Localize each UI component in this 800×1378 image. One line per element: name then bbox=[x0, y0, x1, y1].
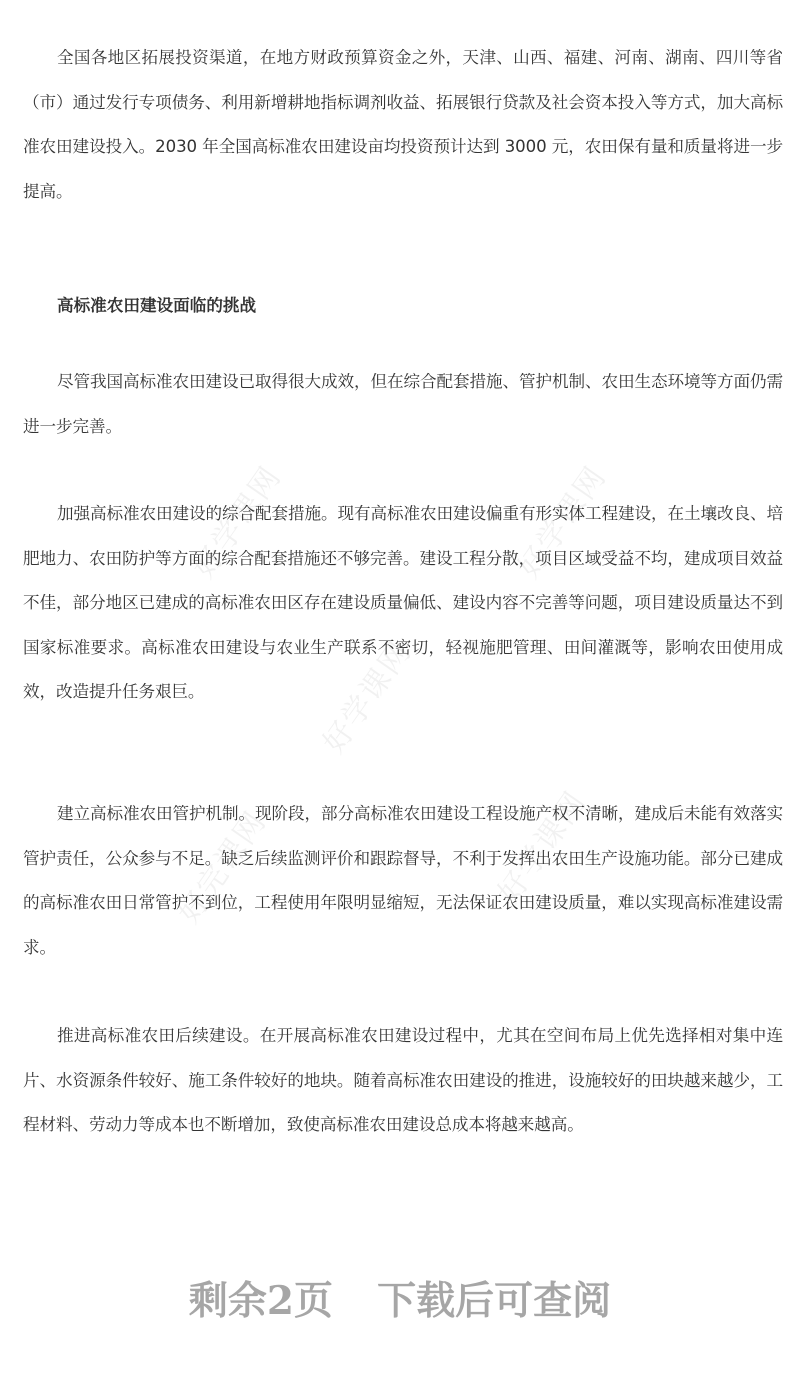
remaining-pages-banner[interactable]: 剩余2页下载后可查阅 bbox=[0, 1270, 800, 1326]
document-page: 好学课网 好学课网 好学课网 好完课网 好学课网 全国各地区拓展投资渠道，在地方… bbox=[0, 0, 800, 1378]
section-heading: 高标准农田建设面临的挑战 bbox=[23, 284, 783, 329]
remaining-pages-label: 剩余2页 bbox=[189, 1270, 333, 1326]
download-hint-label: 下载后可查阅 bbox=[377, 1270, 611, 1326]
paragraph-challenges-intro: 尽管我国高标准农田建设已取得很大成效，但在综合配套措施、管护机制、农田生态环境等… bbox=[23, 360, 783, 449]
paragraph-supporting-measures: 加强高标准农田建设的综合配套措施。现有高标准农田建设偏重有形实体工程建设，在土壤… bbox=[23, 492, 783, 715]
paragraph-follow-up-construction: 推进高标准农田后续建设。在开展高标准农田建设过程中，尤其在空间布局上优先选择相对… bbox=[23, 1014, 783, 1148]
paragraph-management-mechanism: 建立高标准农田管护机制。现阶段，部分高标准农田建设工程设施产权不清晰，建成后未能… bbox=[23, 792, 783, 970]
paragraph-investment-channels: 全国各地区拓展投资渠道，在地方财政预算资金之外，天津、山西、福建、河南、湖南、四… bbox=[23, 36, 783, 214]
